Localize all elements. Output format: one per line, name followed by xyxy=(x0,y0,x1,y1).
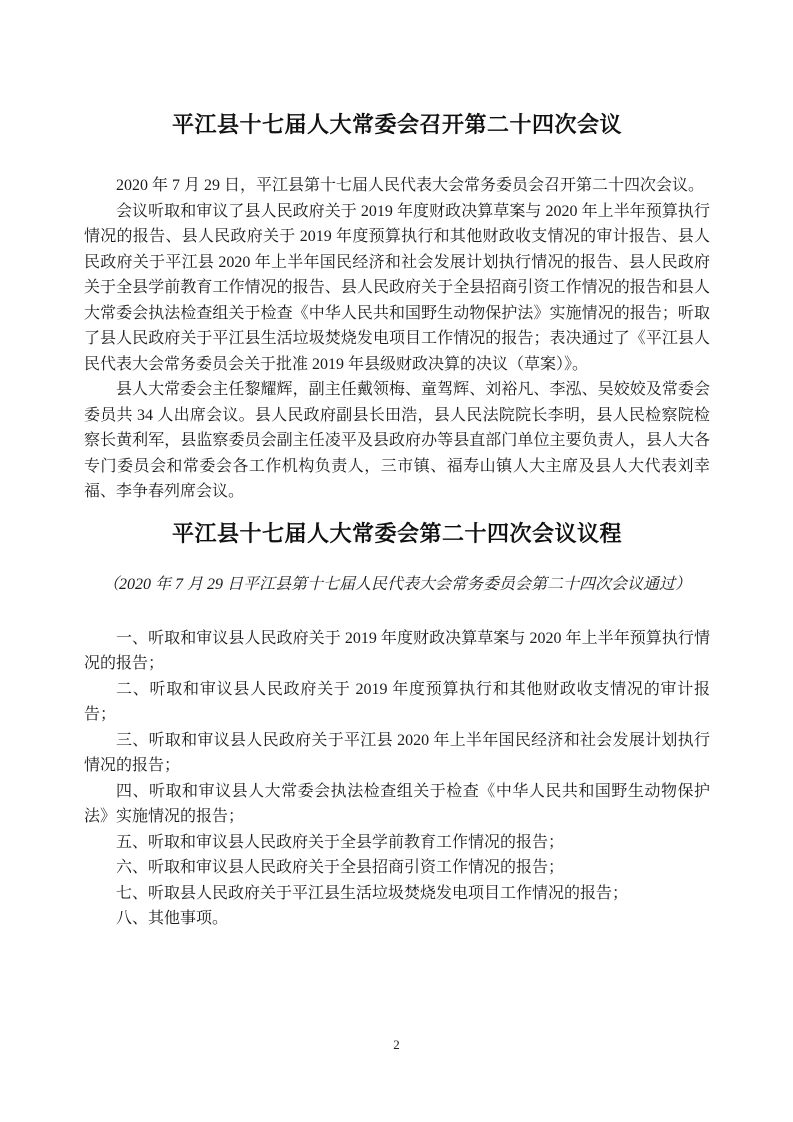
document-page: 平江县十七届人大常委会召开第二十四次会议 2020 年 7 月 29 日，平江县… xyxy=(0,0,793,1122)
page-number: 2 xyxy=(0,1037,793,1053)
agenda-item-3: 三、听取和审议县人民政府关于平江县 2020 年上半年国民经济和社会发展计划执行… xyxy=(84,728,710,779)
document-content: 平江县十七届人大常委会召开第二十四次会议 2020 年 7 月 29 日，平江县… xyxy=(84,0,710,932)
agenda-list: 一、听取和审议县人民政府关于 2019 年度财政决算草案与 2020 年上半年预… xyxy=(84,626,710,932)
agenda-item-1: 一、听取和审议县人民政府关于 2019 年度财政决算草案与 2020 年上半年预… xyxy=(84,626,710,677)
article-body: 2020 年 7 月 29 日，平江县第十七届人民代表大会常务委员会召开第二十四… xyxy=(84,173,710,505)
article-paragraph-2: 会议听取和审议了县人民政府关于 2019 年度财政决算草案与 2020 年上半年… xyxy=(84,199,710,378)
article-paragraph-1: 2020 年 7 月 29 日，平江县第十七届人民代表大会常务委员会召开第二十四… xyxy=(84,173,710,199)
agenda-title: 平江县十七届人大常委会第二十四次会议议程 xyxy=(84,521,710,547)
agenda-item-8: 八、其他事项。 xyxy=(84,906,710,932)
agenda-item-7: 七、听取县人民政府关于平江县生活垃圾焚烧发电项目工作情况的报告； xyxy=(84,881,710,907)
agenda-item-4: 四、听取和审议县人大常委会执法检查组关于检查《中华人民共和国野生动物保护法》实施… xyxy=(84,779,710,830)
agenda-subtitle: （2020 年 7 月 29 日平江县第十七届人民代表大会常务委员会第二十四次会… xyxy=(84,574,710,595)
agenda-item-5: 五、听取和审议县人民政府关于全县学前教育工作情况的报告； xyxy=(84,830,710,856)
agenda-item-6: 六、听取和审议县人民政府关于全县招商引资工作情况的报告； xyxy=(84,855,710,881)
article-paragraph-3: 县人大常委会主任黎耀辉，副主任戴领梅、童驾辉、刘裕凡、李泓、吴姣姣及常委会委员共… xyxy=(84,377,710,505)
article-title: 平江县十七届人大常委会召开第二十四次会议 xyxy=(84,0,710,138)
agenda-item-2: 二、听取和审议县人民政府关于 2019 年度预算执行和其他财政收支情况的审计报告… xyxy=(84,677,710,728)
